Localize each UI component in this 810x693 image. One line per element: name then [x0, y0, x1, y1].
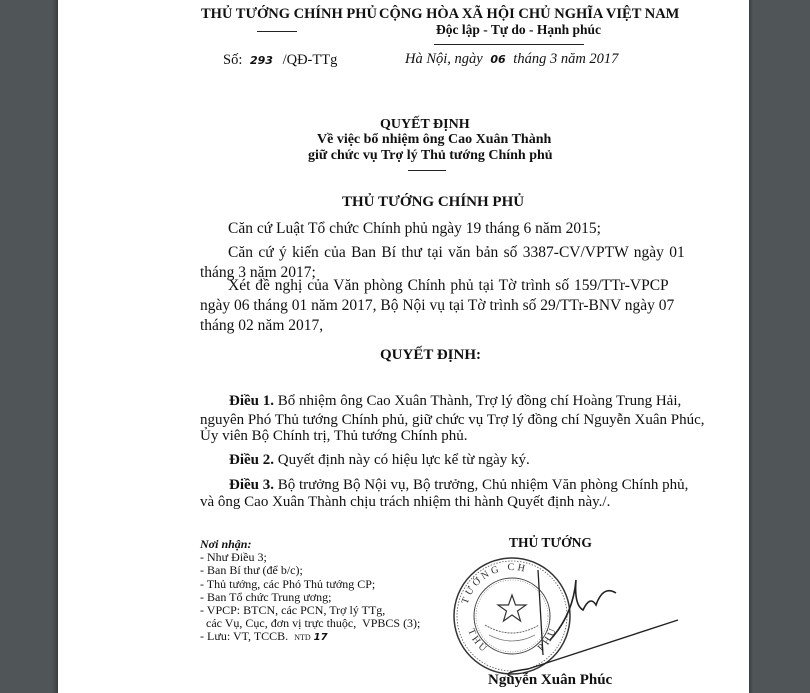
decision-title: QUYẾT ĐỊNH — [380, 117, 470, 133]
article-3: Điều 3. Bộ trưởng Bộ Nội vụ, Bộ trưởng, … — [229, 477, 688, 494]
preamble-3a: Xét đề nghị của Văn phòng Chính phủ tại … — [228, 277, 669, 295]
viewer-background-right — [749, 0, 753, 693]
day-handwritten: 06 — [490, 53, 505, 66]
recipient-item: - Thủ tướng, các Phó Thủ tướng CP; — [200, 578, 420, 591]
place-date-prefix: Hà Nội, ngày — [405, 51, 483, 67]
motto: Độc lập - Tự do - Hạnh phúc — [436, 22, 601, 38]
issuer-underline — [257, 31, 297, 32]
document-page: THỦ TƯỚNG CHÍNH PHỦ CỘNG HÒA XÃ HỘI CHỦ … — [58, 0, 749, 693]
article-1-line-1: Bổ nhiệm ông Cao Xuân Thành, Trợ lý đồng… — [278, 393, 682, 409]
article-1-line-3: Ủy viên Bộ Chính trị, Thủ tướng Chính ph… — [200, 428, 467, 445]
article-1-line-2: nguyên Phó Thủ tướng Chính phủ, giữ chức… — [200, 412, 705, 429]
motto-underline — [434, 44, 584, 45]
preamble-1: Căn cứ Luật Tổ chức Chính phủ ngày 19 th… — [228, 220, 601, 238]
preamble-2a: Căn cứ ý kiến của Ban Bí thư tại văn bản… — [228, 244, 685, 262]
article-3-line-1: Bộ trưởng Bộ Nội vụ, Bộ trưởng, Chủ nhiệ… — [278, 477, 689, 493]
initials-small: NTD — [294, 633, 310, 642]
recipient-item-archive: - Lưu: VT, TCCB. NTD 17 — [200, 630, 420, 644]
authority-heading: THỦ TƯỚNG CHÍNH PHỦ — [342, 194, 524, 211]
decision-subject-line-2: giữ chức vụ Trợ lý Thủ tướng Chính phủ — [308, 148, 553, 164]
article-2-label: Điều 2. — [229, 452, 274, 468]
recipients-list: Nơi nhận: - Như Điều 3; - Ban Bí thư (để… — [200, 538, 420, 645]
article-3-line-2: và ông Cao Xuân Thành chịu trách nhiệm t… — [200, 494, 610, 511]
decision-heading: QUYẾT ĐỊNH: — [380, 347, 481, 364]
archive-text: - Lưu: VT, TCCB. — [200, 629, 288, 643]
article-1: Điều 1. Bổ nhiệm ông Cao Xuân Thành, Trợ… — [229, 393, 681, 410]
article-3-label: Điều 3. — [229, 477, 274, 493]
signatory-name: Nguyễn Xuân Phúc — [488, 672, 612, 689]
issuer-name: THỦ TƯỚNG CHÍNH PHỦ — [201, 6, 377, 23]
signature-icon — [478, 565, 738, 685]
initials-handwritten: 17 — [314, 632, 328, 643]
preamble-3c: tháng 02 năm 2017, — [200, 317, 323, 335]
recipient-item: - Ban Bí thư (để b/c); — [200, 564, 420, 577]
article-2: Điều 2. Quyết định này có hiệu lực kể từ… — [229, 452, 530, 469]
article-2-line-1: Quyết định này có hiệu lực kể từ ngày ký… — [278, 452, 530, 468]
nation-name: CỘNG HÒA XÃ HỘI CHỦ NGHĨA VIỆT NAM — [379, 6, 679, 23]
doc-number-label: Số: — [223, 52, 242, 68]
document-number: Số: 293 /QĐ-TTg — [223, 52, 337, 69]
preamble-3b: ngày 06 tháng 01 năm 2017, Bộ Nội vụ tại… — [200, 297, 674, 315]
title-underline — [408, 170, 446, 171]
place-date-suffix: tháng 3 năm 2017 — [513, 51, 618, 67]
place-date: Hà Nội, ngày 06 tháng 3 năm 2017 — [405, 51, 618, 68]
doc-number-suffix: /QĐ-TTg — [283, 52, 338, 68]
article-1-label: Điều 1. — [229, 393, 274, 409]
doc-number-handwritten: 293 — [250, 54, 273, 67]
decision-subject-line-1: Về việc bổ nhiệm ông Cao Xuân Thành — [317, 132, 551, 148]
signature-title: THỦ TƯỚNG — [509, 535, 592, 551]
